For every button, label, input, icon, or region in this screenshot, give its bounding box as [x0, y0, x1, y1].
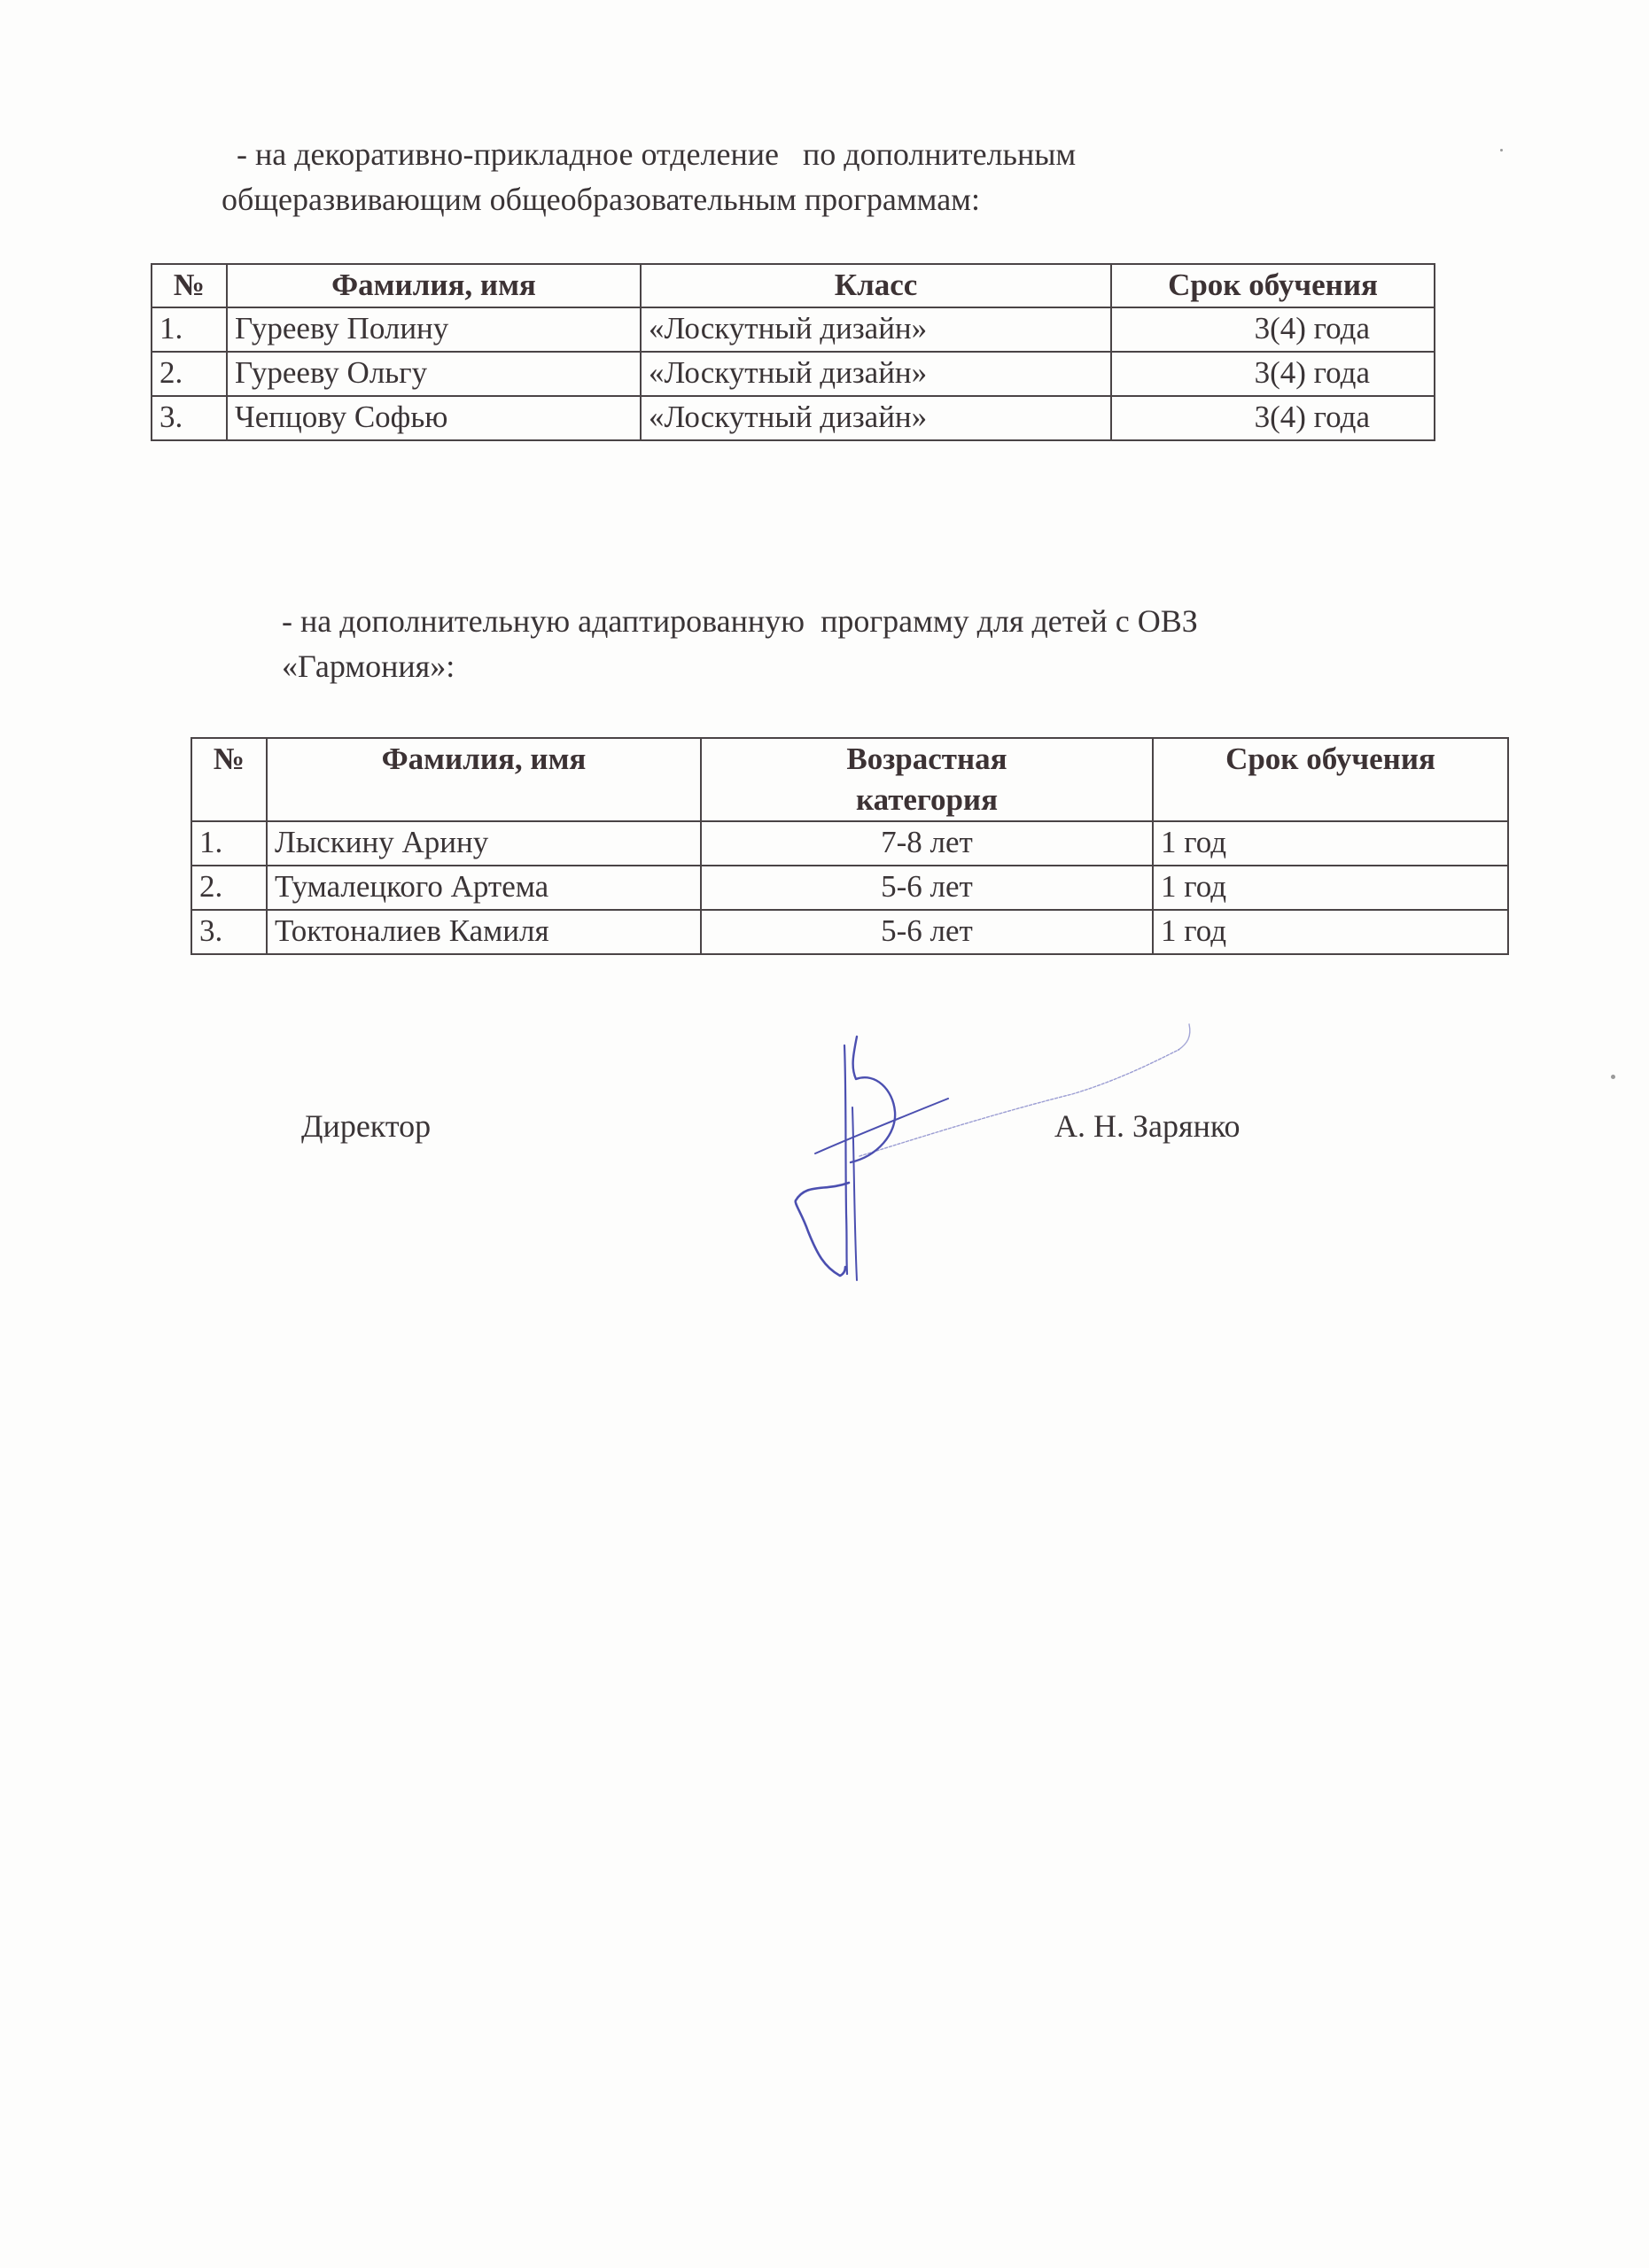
- cell-name: Гурееву Ольгу: [227, 352, 641, 396]
- header-age-line2: категория: [709, 780, 1145, 820]
- cell-name: Лыскину Арину: [267, 821, 701, 866]
- header-name: Фамилия, имя: [227, 264, 641, 307]
- cell-term: 1 год: [1153, 866, 1508, 910]
- table-row: 2. Тумалецкого Артема 5-6 лет 1 год: [191, 866, 1508, 910]
- cell-num: 1.: [152, 307, 227, 352]
- cell-num: 3.: [191, 910, 267, 954]
- cell-class: «Лоскутный дизайн»: [641, 396, 1111, 440]
- cell-class: «Лоскутный дизайн»: [641, 307, 1111, 352]
- cell-name: Гурееву Полину: [227, 307, 641, 352]
- handwritten-signature: [735, 1010, 1267, 1302]
- cell-age: 7-8 лет: [701, 821, 1153, 866]
- header-age: Возрастная категория: [701, 738, 1153, 821]
- cell-term: 3(4) года: [1111, 396, 1435, 440]
- cell-term: 3(4) года: [1111, 307, 1435, 352]
- section1-intro-line1: - на декоративно-прикладное отделение по…: [229, 133, 1076, 175]
- section1-intro-line2: общеразвивающим общеобразовательным прог…: [222, 178, 980, 221]
- header-num: №: [152, 264, 227, 307]
- header-name: Фамилия, имя: [267, 738, 701, 821]
- cell-age: 5-6 лет: [701, 866, 1153, 910]
- cell-term: 1 год: [1153, 910, 1508, 954]
- table-row: 2. Гурееву Ольгу «Лоскутный дизайн» 3(4)…: [152, 352, 1435, 396]
- header-num: №: [191, 738, 267, 821]
- cell-num: 1.: [191, 821, 267, 866]
- enrollment-table-harmony: № Фамилия, имя Возрастная категория Срок…: [191, 737, 1509, 955]
- table-header-row: № Фамилия, имя Класс Срок обучения: [152, 264, 1435, 307]
- cell-term: 1 год: [1153, 821, 1508, 866]
- header-class: Класс: [641, 264, 1111, 307]
- scan-speck: [1611, 1075, 1615, 1079]
- signatory-position: Директор: [301, 1107, 431, 1145]
- table-row: 3. Чепцову Софью «Лоскутный дизайн» 3(4)…: [152, 396, 1435, 440]
- cell-name: Тумалецкого Артема: [267, 866, 701, 910]
- cell-class: «Лоскутный дизайн»: [641, 352, 1111, 396]
- table-row: 3. Токтоналиев Камиля 5-6 лет 1 год: [191, 910, 1508, 954]
- table-header-row: № Фамилия, имя Возрастная категория Срок…: [191, 738, 1508, 821]
- cell-age: 5-6 лет: [701, 910, 1153, 954]
- header-age-line1: Возрастная: [709, 739, 1145, 780]
- scan-speck: [1500, 149, 1503, 151]
- cell-name: Чепцову Софью: [227, 396, 641, 440]
- section2-intro-line2: «Гармония»:: [282, 645, 455, 687]
- cell-num: 2.: [191, 866, 267, 910]
- table-row: 1. Гурееву Полину «Лоскутный дизайн» 3(4…: [152, 307, 1435, 352]
- enrollment-table-decorative: № Фамилия, имя Класс Срок обучения 1. Гу…: [151, 263, 1435, 441]
- table-row: 1. Лыскину Арину 7-8 лет 1 год: [191, 821, 1508, 866]
- cell-name: Токтоналиев Камиля: [267, 910, 701, 954]
- section2-intro-line1: - на дополнительную адаптированную прогр…: [282, 600, 1198, 642]
- cell-term: 3(4) года: [1111, 352, 1435, 396]
- cell-num: 2.: [152, 352, 227, 396]
- cell-num: 3.: [152, 396, 227, 440]
- header-term: Срок обучения: [1153, 738, 1508, 821]
- header-term: Срок обучения: [1111, 264, 1435, 307]
